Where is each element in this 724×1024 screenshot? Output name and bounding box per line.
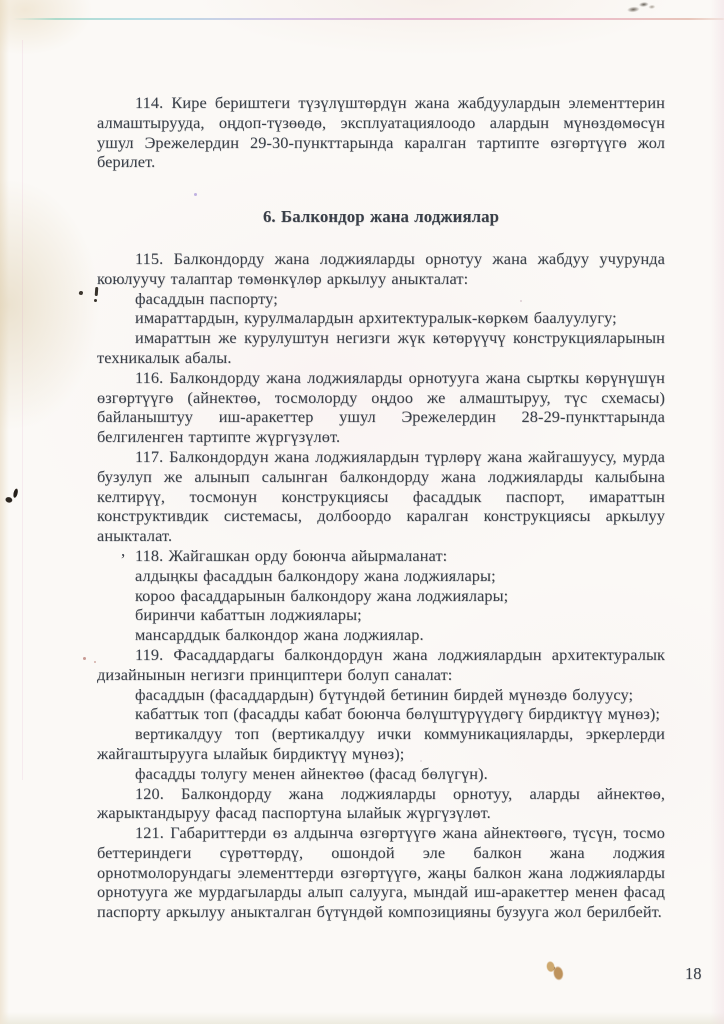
item-full-glazing: фасадды толугу менен айнектөө (фасад бөл… — [97, 764, 665, 784]
item-facade-passport: фасаддын паспорту; — [97, 289, 665, 309]
scanner-streak-line — [13, 18, 724, 20]
item-floor-group: кабаттык топ (фасадды кабат боюнча бөлүш… — [97, 704, 665, 724]
para-117: 117. Балкондордун жана лоджиялардын түрл… — [97, 447, 665, 546]
item-uniform-surface: фасаддын (фасаддардын) бүтүндөй бетинин … — [97, 685, 665, 705]
ink-blot-left-margin — [3, 486, 21, 507]
para-116: 116. Балкондорду жана лоджияларды орноту… — [97, 368, 665, 447]
item-structural-condition: имараттын же курулуштун негизги жүк көтө… — [97, 328, 665, 368]
para-118-intro: 118. Жайгашкан орду боюнча айырмаланат: — [97, 546, 665, 566]
item-front-facade: алдыңкы фасаддын балкондору жана лоджиял… — [97, 566, 665, 586]
para-121: 121. Габариттерди өз алдынча өзгөртүүгө … — [97, 823, 665, 922]
item-first-floor: биринчи кабаттын лоджиялары; — [97, 605, 665, 625]
ink-smudge-top — [622, 0, 657, 16]
document-text: 114. Кире бериштеги түзүлүштөрдүн жана ж… — [97, 93, 665, 922]
scanned-page: , 114. Кире бериштеги түзүлүштөрдүн жана… — [0, 0, 724, 1024]
ink-speck — [79, 291, 84, 295]
scan-fold-line — [22, 40, 23, 780]
item-architectural-value: имараттардын, курулмалардын архитектурал… — [97, 308, 665, 328]
item-courtyard-facades: короо фасаддарынын балкондору жана лоджи… — [97, 586, 665, 606]
item-vertical-group: вертикалдуу топ (вертикалдуу ички коммун… — [97, 724, 665, 764]
page-number: 18 — [685, 964, 702, 984]
para-114: 114. Кире бериштеги түзүлүштөрдүн жана ж… — [97, 93, 665, 172]
paper-speck — [83, 657, 86, 660]
section-heading: 6. Балкондор жана лоджиялар — [97, 207, 665, 227]
para-120: 120. Балкондорду жана лоджияларды орноту… — [97, 784, 665, 824]
paper-speck — [94, 661, 96, 663]
para-119-intro: 119. Фасаддардагы балкондордун жана лодж… — [97, 645, 665, 685]
item-mansard: мансарддык балкондор жана лоджиялар. — [97, 625, 665, 645]
paper-stain — [541, 955, 569, 987]
para-115-intro: 115. Балкондорду жана лоджияларды орноту… — [97, 249, 665, 289]
